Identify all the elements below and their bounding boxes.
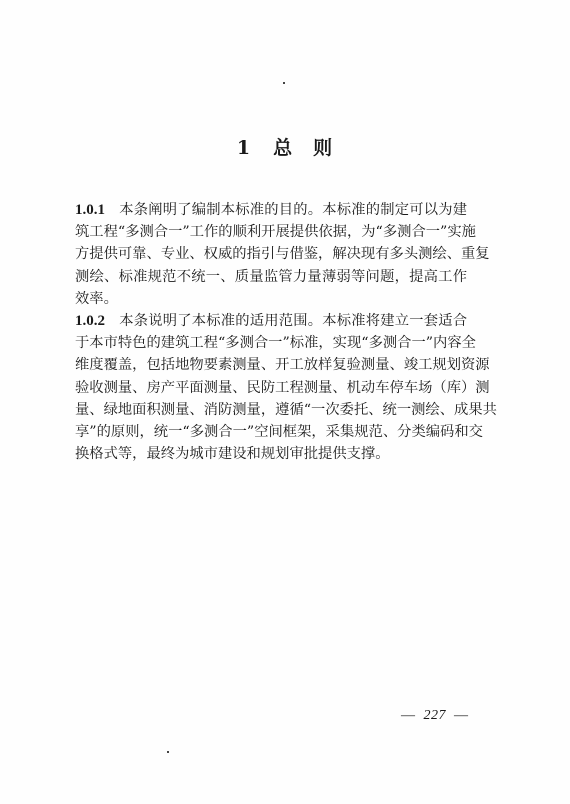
text-line: 测绘、标准规范不统一、质量监管力量薄弱等问题，提高工作: [75, 266, 467, 288]
text-line: 筑工程“多测合一”工作的顺利开展提供依据，为“多测合一”实施: [75, 221, 467, 243]
text-line: 享”的原则，统一“多测合一”空间框架，采集规范、分类编码和交: [75, 421, 467, 443]
scan-speck: [283, 82, 285, 84]
page-number: —227—: [393, 708, 477, 724]
text-line: 于本市特色的建筑工程“多测合一”标准，实现“多测合一”内容全: [75, 332, 467, 354]
clause-1-0-1: 1.0.1本条阐明了编制本标准的目的。本标准的制定可以为建 筑工程“多测合一”工…: [75, 199, 467, 310]
page-number-value: 227: [424, 708, 447, 723]
clause-number: 1.0.1: [75, 202, 105, 218]
chapter-title-char: 则: [313, 137, 333, 159]
chapter-title: 1总则: [0, 133, 570, 160]
text-line: 量、绿地面积测量、消防测量，遵循“一次委托、统一测绘、成果共: [75, 399, 467, 421]
text-line: 验收测量、房产平面测量、民防工程测量、机动车停车场（库）测: [75, 377, 467, 399]
scan-speck: [167, 751, 169, 753]
chapter-title-char: 总: [273, 137, 293, 159]
text-line: 换格式等，最终为城市建设和规划审批提供支撑。: [75, 443, 467, 465]
chapter-number: 1: [237, 137, 251, 159]
text-line: 1.0.1本条阐明了编制本标准的目的。本标准的制定可以为建: [75, 199, 467, 221]
dash-left: —: [401, 708, 416, 723]
text-line: 1.0.2本条说明了本标准的适用范围。本标准将建立一套适合: [75, 310, 467, 332]
text-line: 维度覆盖，包括地物要素测量、开工放样复验测量、竣工规划资源: [75, 354, 467, 376]
clause-1-0-2: 1.0.2本条说明了本标准的适用范围。本标准将建立一套适合 于本市特色的建筑工程…: [75, 310, 467, 465]
text-line: 效率。: [75, 288, 467, 310]
clause-number: 1.0.2: [75, 313, 105, 329]
body-text: 1.0.1本条阐明了编制本标准的目的。本标准的制定可以为建 筑工程“多测合一”工…: [75, 199, 467, 465]
document-page: 1总则 1.0.1本条阐明了编制本标准的目的。本标准的制定可以为建 筑工程“多测…: [0, 0, 570, 804]
dash-right: —: [454, 708, 469, 723]
text-line: 方提供可靠、专业、权威的指引与借鉴，解决现有多头测绘、重复: [75, 243, 467, 265]
